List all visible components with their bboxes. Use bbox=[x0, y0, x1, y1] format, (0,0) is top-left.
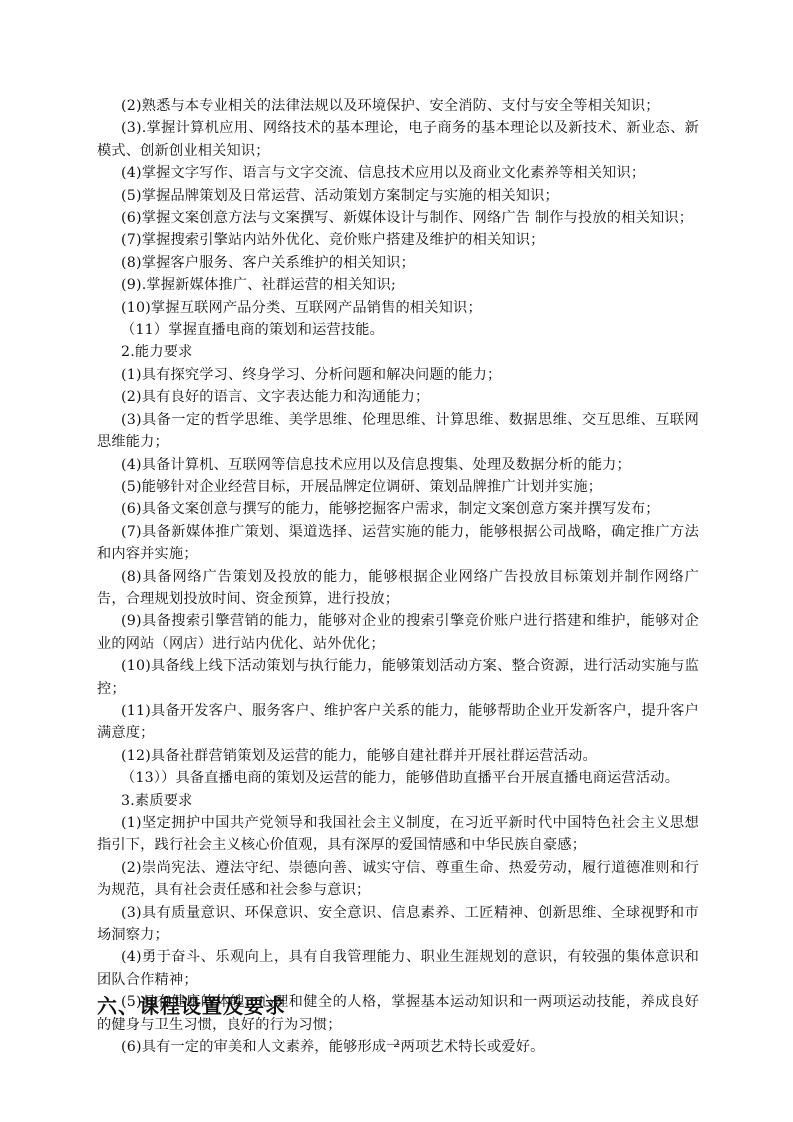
ability-item: （13））具备直播电商的策划及运营的能力，能够借助直播平台开展直播电商运营活动。 bbox=[97, 767, 699, 789]
knowledge-item: (6)掌握文案创意方法与文案撰写、新媒体设计与制作、网络广告 制作与投放的相关知… bbox=[97, 207, 699, 229]
quality-item: (1)坚定拥护中国共产党领导和我国社会主义制度，在习近平新时代中国特色社会主义思… bbox=[97, 812, 699, 857]
knowledge-item: (8)掌握客户服务、客户关系维护的相关知识； bbox=[97, 252, 699, 274]
ability-item: (9)具备搜索引擎营销的能力，能够对企业的搜索引擎竞价账户进行搭建和维护，能够对… bbox=[97, 610, 699, 655]
document-body: (2)熟悉与本专业相关的法律法规以及环境保护、安全消防、支付与安全等相关知识； … bbox=[97, 95, 699, 1058]
knowledge-item: (9).掌握新媒体推广、社群运营的相关知识; bbox=[97, 274, 699, 296]
ability-item: (4)具备计算机、互联网等信息技术应用以及信息搜集、处理及数据分析的能力； bbox=[97, 454, 699, 476]
knowledge-item: (2)熟悉与本专业相关的法律法规以及环境保护、安全消防、支付与安全等相关知识； bbox=[97, 95, 699, 117]
knowledge-item: (10)掌握互联网产品分类、互联网产品销售的相关知识； bbox=[97, 297, 699, 319]
ability-item: (2)具有良好的语言、文字表达能力和沟通能力； bbox=[97, 386, 699, 408]
knowledge-item: （11）掌握直播电商的策划和运营技能。 bbox=[97, 319, 699, 341]
quality-item: (4)勇于奋斗、乐观向上，具有自我管理能力、职业生涯规划的意识，有较强的集体意识… bbox=[97, 946, 699, 991]
ability-item: (3)具备一定的哲学思维、美学思维、伦理思维、计算思维、数据思维、交互思维、互联… bbox=[97, 409, 699, 454]
quality-item: (3)具有质量意识、环保意识、安全意识、信息素养、工匠精神、创新思维、全球视野和… bbox=[97, 902, 699, 947]
ability-item: (5)能够针对企业经营目标，开展品牌定位调研、策划品牌推广计划并实施； bbox=[97, 476, 699, 498]
ability-item: (7)具备新媒体推广策划、渠道选择、运营实施的能力，能够根据公司战略，确定推广方… bbox=[97, 521, 699, 566]
ability-item: (8)具备网络广告策划及投放的能力，能够根据企业网络广告投放目标策划并制作网络广… bbox=[97, 566, 699, 611]
ability-title: 2.能力要求 bbox=[97, 341, 699, 363]
ability-item: (12)具备社群营销策划及运营的能力，能够自建社群并开展社群运营活动。 bbox=[97, 745, 699, 767]
knowledge-item: (5)掌握品牌策划及日常运营、活动策划方案制定与实施的相关知识； bbox=[97, 185, 699, 207]
ability-item: (6)具备文案创意与撰写的能力，能够挖掘客户需求，制定文案创意方案并撰写发布； bbox=[97, 498, 699, 520]
ability-item: (11)具备开发客户、服务客户、维护客户关系的能力，能够帮助企业开发新客户，提升… bbox=[97, 700, 699, 745]
quality-item: (2)崇尚宪法、遵法守纪、崇德向善、诚实守信、尊重生命、热爱劳动，履行道德准则和… bbox=[97, 857, 699, 902]
page-number: 2 bbox=[0, 1036, 793, 1051]
ability-item: (1)具有探究学习、终身学习、分析问题和解决问题的能力； bbox=[97, 364, 699, 386]
knowledge-item: (4)掌握文字写作、语言与文字交流、信息技术应用以及商业文化素养等相关知识； bbox=[97, 162, 699, 184]
quality-title: 3.素质要求 bbox=[97, 790, 699, 812]
ability-item: (10)具备线上线下活动策划与执行能力，能够策划活动方案、整合资源，进行活动实施… bbox=[97, 655, 699, 700]
knowledge-item: (3).掌握计算机应用、网络技术的基本理论，电子商务的基本理论以及新技术、新业态… bbox=[97, 117, 699, 162]
knowledge-item: (7)掌握搜索引擎站内站外优化、竞价账户搭建及维护的相关知识； bbox=[97, 229, 699, 251]
section-heading: 六、课程设置及要求 bbox=[97, 990, 286, 1019]
